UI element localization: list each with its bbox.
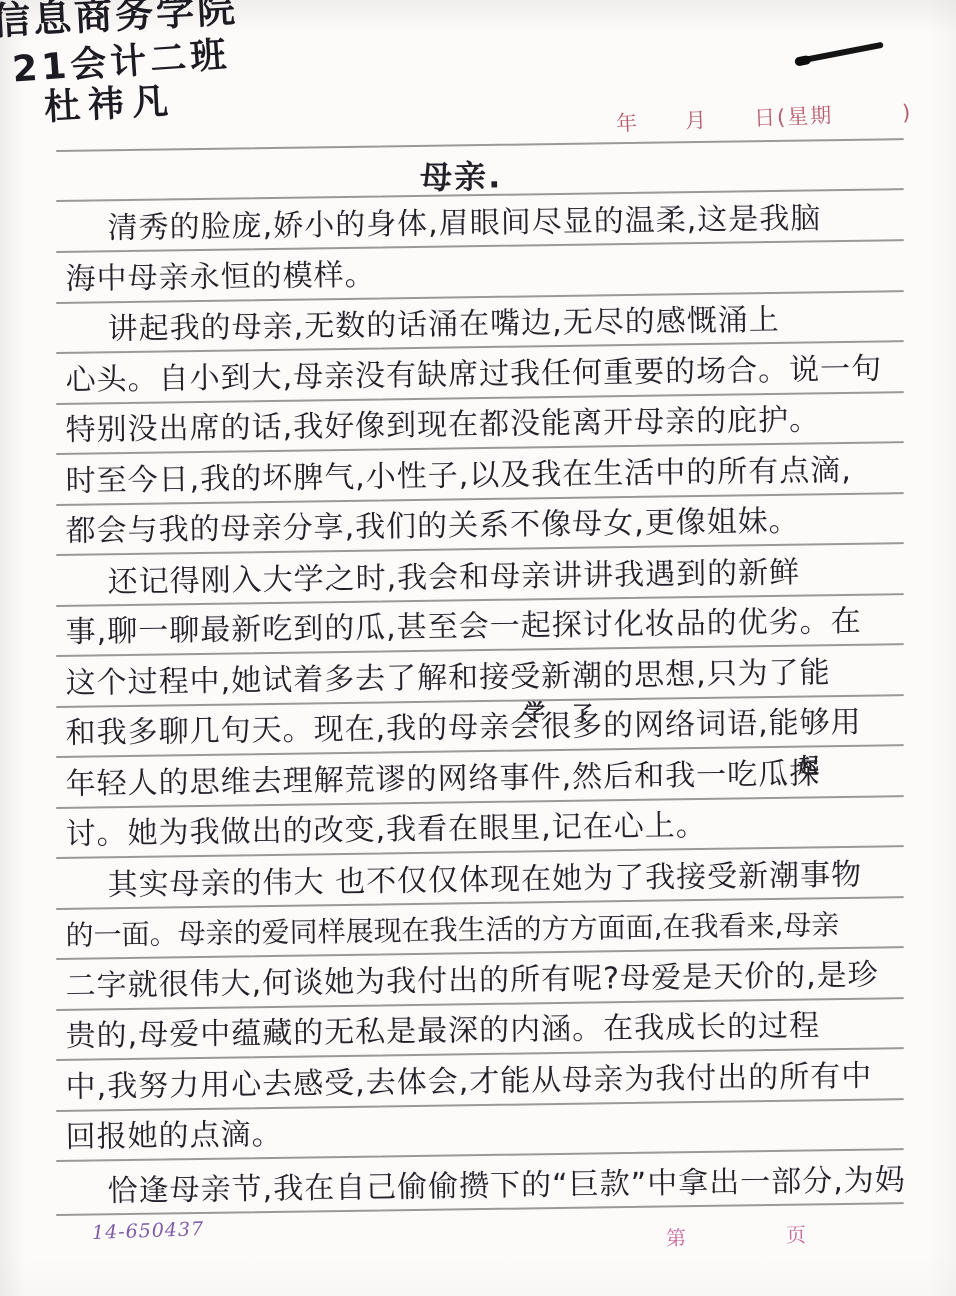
essay-line-20: 恰逢母亲节,我在自己偷偷攒下的“巨款”中拿出一部分,为妈 (107, 1158, 906, 1215)
essay-line-11: 和我多聊几句天。现在,我的母亲会很多的网络词语,能够用 (65, 700, 862, 757)
footer-form-code: 14-650437 (92, 1218, 205, 1244)
essay-line-2: 海中母亲永恒的模样。 (65, 253, 376, 303)
essay-line-8: 还记得刚入大学之时,我会和母亲讲讲我遇到的新鲜 (107, 550, 800, 606)
essay-line-4: 心头。自小到大,母亲没有缺席过我任何重要的场合。说一句 (65, 347, 882, 404)
essay-line-19: 回报她的点滴。 (65, 1112, 283, 1161)
essay-title: 母亲. (420, 151, 503, 198)
inserted-char-le: 了 (572, 698, 593, 728)
inserted-char-qi: 起 (798, 750, 819, 780)
ruled-line (56, 138, 904, 152)
pen-scribble-mark (796, 42, 884, 65)
footer-page-suffix: 页 (786, 1219, 807, 1248)
essay-line-3: 讲起我的母亲,无数的话涌在嘴边,无尽的感慨涌上 (107, 298, 780, 353)
essay-line-16: 二字就很伟大,何谈她为我付出的所有呢?母爱是天价的,是珍 (65, 953, 879, 1010)
date-line: 年 月 日(星期 ) (616, 96, 913, 137)
corner-name-line: 杜祎凡 (43, 73, 178, 131)
essay-paper-photo: 信息商务学院 21会计二班 杜祎凡 年 月 日(星期 ) 母亲. 清秀的脸庞,娇… (0, 0, 956, 1296)
footer-page-prefix: 第 (666, 1222, 687, 1251)
essay-line-13: 讨。她为我做出的改变,我看在眼里,记在心上。 (65, 803, 707, 858)
essay-line-14: 其实母亲的伟大 也不仅仅体现在她为了我接受新潮事物 (107, 852, 862, 909)
inserted-char-xue: 学 (524, 696, 545, 726)
essay-line-9: 事,聊一聊最新吃到的瓜,甚至会一起探讨化妆品的优劣。在 (65, 599, 862, 656)
essay-line-18: 中,我努力用心去感受,去体会,才能从母亲为我付出的所有中 (65, 1054, 872, 1111)
